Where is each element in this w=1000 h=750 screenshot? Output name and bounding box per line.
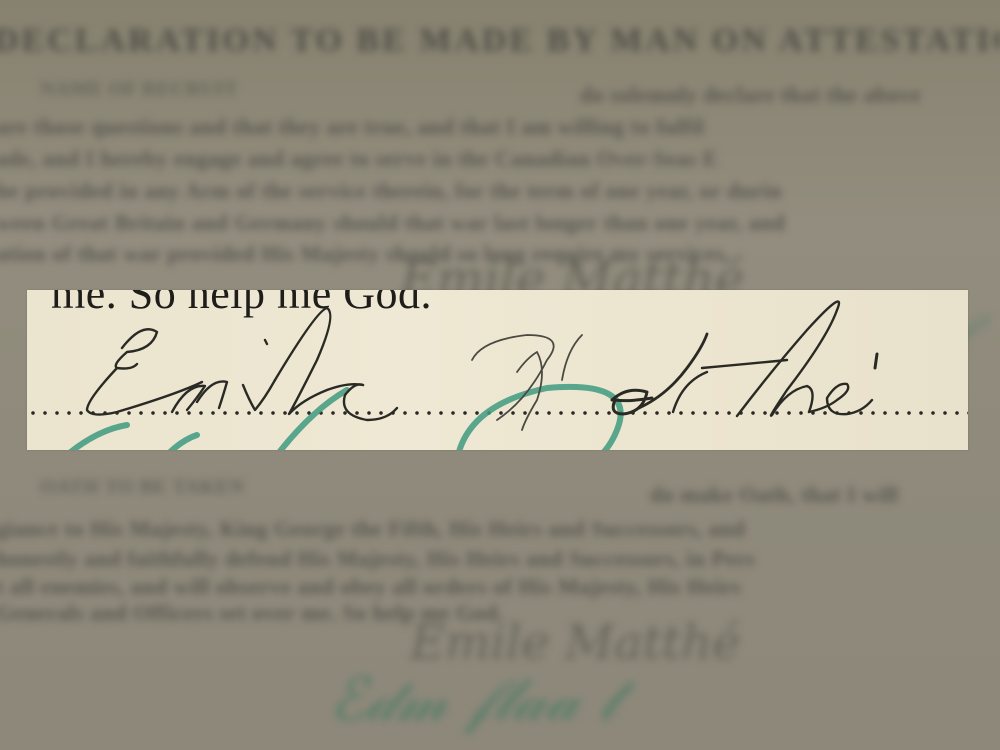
paragraph-top-line-0: do solemnly declare that the above (580, 82, 1000, 108)
signature-first-name (87, 308, 397, 420)
signature-last-name (472, 302, 877, 430)
paragraph-top-line-1: are those questions and that they are tr… (0, 114, 1000, 140)
signature-strokes (27, 290, 968, 450)
paragraph-bottom-line-2: honestly and faithfully defend His Majes… (0, 546, 1000, 572)
blurred-signature-bottom: Emile Matthé (410, 615, 741, 671)
paragraph-bottom-line-1: giance to His Majesty, King George the F… (0, 516, 1000, 542)
blurred-witness-signature: ℰ𝒹𝓂 𝒻𝓁𝒶𝒶 𝓉 (330, 665, 619, 735)
paragraph-bottom-line-0: do make Oath, that I will (650, 482, 1000, 508)
paragraph-top-line-2: ade, and I hereby engage and agree to se… (0, 146, 1000, 172)
highlighted-signature-strip: me. So help me God. (27, 290, 968, 450)
paragraph-top-line-3: be provided in any Arm of the service th… (0, 178, 1000, 204)
paragraph-bottom-line-3: t all enemies, and will observe and obey… (0, 574, 1000, 600)
paragraph-top-line-4: ween Great Britain and Germany should th… (0, 210, 1000, 236)
document-heading: DECLARATION TO BE MADE BY MAN ON ATTESTA… (0, 22, 1000, 60)
